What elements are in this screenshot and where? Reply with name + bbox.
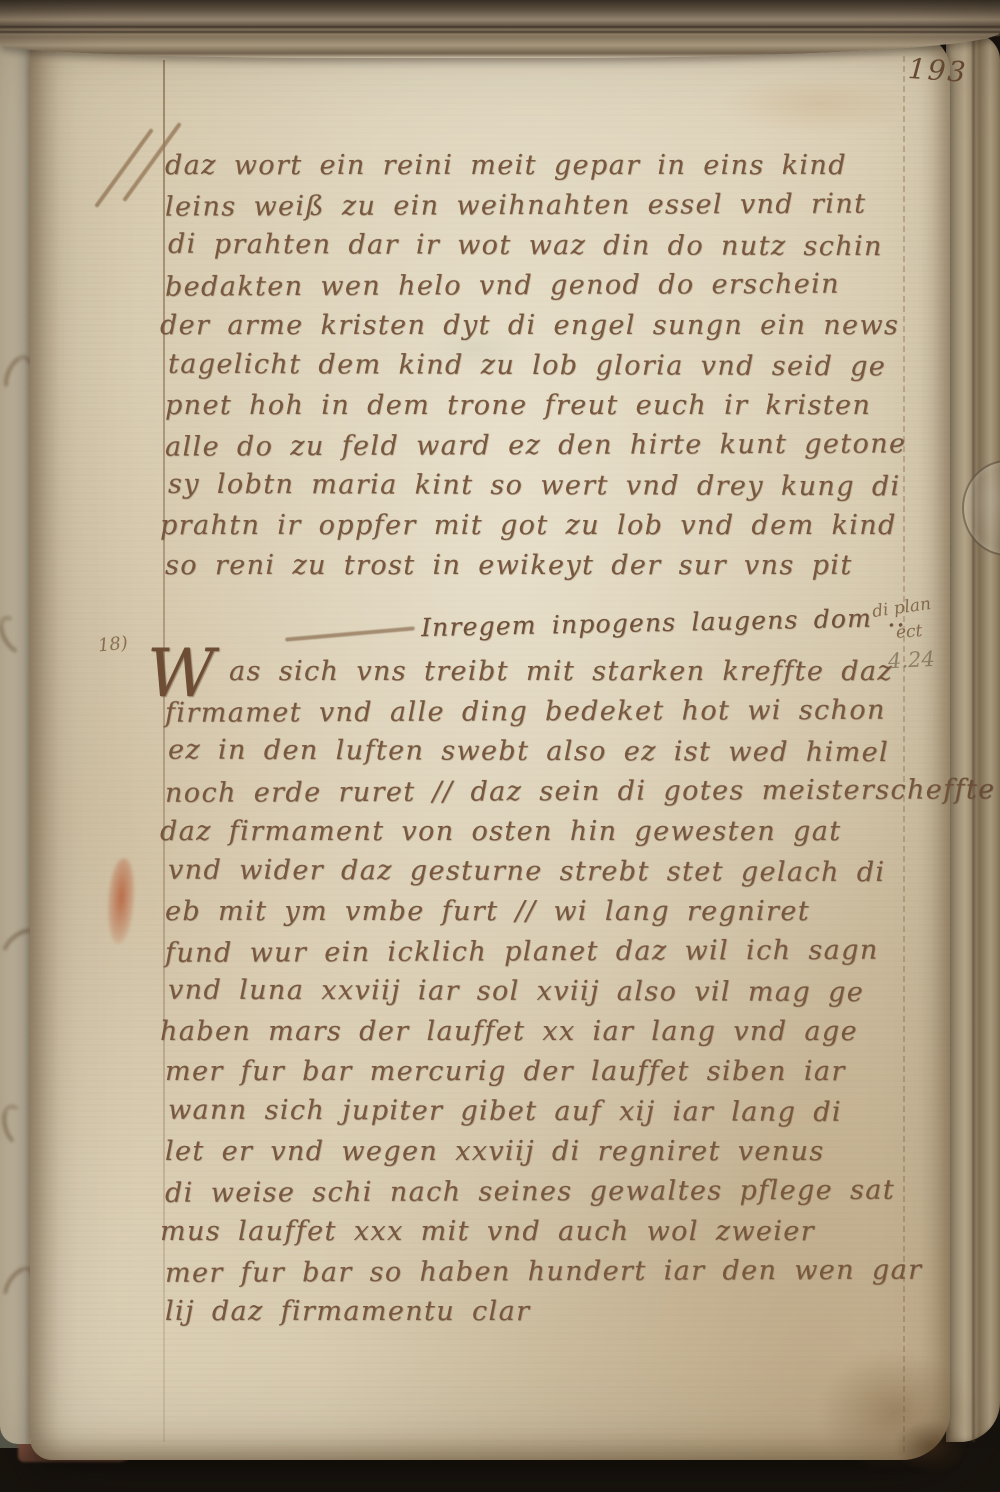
manuscript-line: pnet hoh in dem trone freut euch ir kris… bbox=[165, 386, 906, 426]
manuscript-line: fund wur ein icklich planet daz wil ich … bbox=[165, 930, 996, 974]
manuscript-line: lij daz firmamentu clar bbox=[165, 1292, 996, 1332]
manuscript-line: Was sich vns treibt mit starken kreffte … bbox=[165, 652, 996, 692]
manuscript-line: prahtn ir oppfer mit got zu lob vnd dem … bbox=[160, 506, 901, 546]
manuscript-line: tagelicht dem kind zu lob gloria vnd sei… bbox=[168, 345, 910, 388]
manuscript-line: noch erde ruret // daz sein di gotes mei… bbox=[165, 770, 996, 814]
manuscript-line: vnd luna xxviij iar sol xviij also vil m… bbox=[168, 971, 999, 1014]
manuscript-line: der arme kristen dyt di engel sungn ein … bbox=[160, 306, 901, 346]
manuscript-line: daz wort ein reini meit gepar in eins ki… bbox=[165, 146, 906, 186]
folio-number: 193 bbox=[907, 52, 969, 89]
manuscript-line: daz firmament von osten hin gewesten gat bbox=[160, 812, 991, 852]
line-text: as sich vns treibt mit starken kreffte d… bbox=[229, 656, 893, 687]
manuscript-line: di weise schi nach seines gewaltes pfleg… bbox=[165, 1170, 996, 1214]
manuscript-line: mer fur bar so haben hundert iar den wen… bbox=[165, 1250, 996, 1294]
modern-foliation: 4.24 bbox=[887, 647, 935, 673]
manuscript-line: leins weiß zu ein weihnahten essel vnd r… bbox=[165, 184, 907, 227]
manuscript-line: mus lauffet xxx mit vnd auch wol zweier bbox=[160, 1212, 991, 1252]
section-number: 18) bbox=[97, 632, 129, 656]
manuscript-line: let er vnd wegen xxviij di regniret venu… bbox=[165, 1132, 996, 1172]
manuscript-line: bedakten wen helo vnd genod do erschein bbox=[165, 264, 907, 307]
heading-row: Inregem inpogens laugens dom .. bbox=[165, 608, 937, 652]
parchment-stain bbox=[720, 74, 920, 134]
manuscript-line: wann sich jupiter gibet auf xij iar lang… bbox=[168, 1091, 999, 1134]
manuscript-line: ez in den luften swebt also ez ist wed h… bbox=[168, 731, 999, 774]
red-pigment-stain bbox=[105, 857, 137, 945]
section-heading: Inregem inpogens laugens dom .. bbox=[421, 603, 906, 642]
manuscript-page: 193 18) daz wort ein reini meit gepar in… bbox=[30, 34, 950, 1460]
margin-note: ect bbox=[895, 621, 923, 643]
manuscript-line: sy lobtn maria kint so wert vnd drey kun… bbox=[168, 465, 910, 508]
manuscript-line: haben mars der lauffet xx iar lang vnd a… bbox=[160, 1012, 991, 1052]
bleedthrough-mark bbox=[0, 1102, 32, 1149]
manuscript-photo: { "page": { "folio_number": "193", "quir… bbox=[0, 0, 1000, 1492]
manuscript-line: mer fur bar mercurig der lauffet siben i… bbox=[165, 1052, 996, 1092]
manuscript-line: firmamet vnd alle ding bedeket hot wi sc… bbox=[165, 690, 996, 734]
manuscript-line: so reni zu trost in ewikeyt der sur vns … bbox=[165, 546, 906, 586]
heading-flourish bbox=[285, 626, 415, 641]
top-page-edges bbox=[0, 0, 1000, 58]
manuscript-line: vnd wider daz gesturne strebt stet gelac… bbox=[168, 851, 999, 894]
manuscript-line: di prahten dar ir wot waz din do nutz sc… bbox=[168, 225, 910, 268]
paragraph-firmament: Was sich vns treibt mit starken kreffte … bbox=[165, 652, 996, 1332]
manuscript-line: alle do zu feld ward ez den hirte kunt g… bbox=[165, 424, 907, 467]
paragraph-christmas: daz wort ein reini meit gepar in eins ki… bbox=[165, 146, 906, 586]
manuscript-line: eb mit ym vmbe furt // wi lang regniret bbox=[165, 892, 996, 932]
